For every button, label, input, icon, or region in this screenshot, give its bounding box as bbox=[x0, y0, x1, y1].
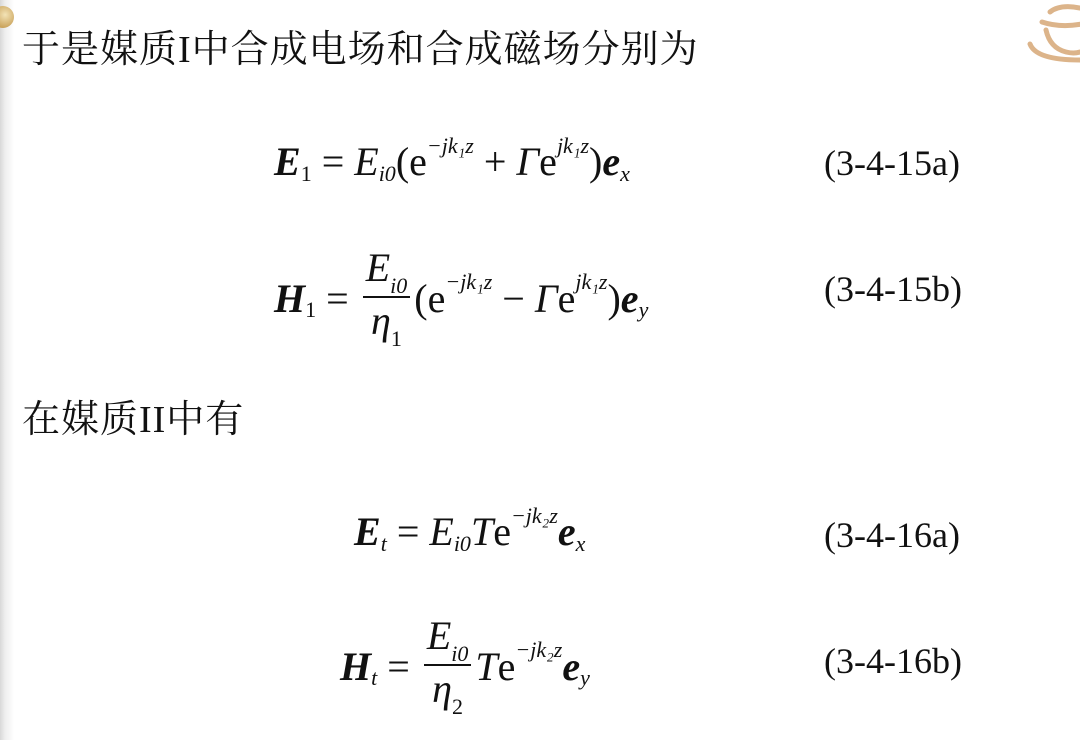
gamma-symbol: Γ bbox=[516, 138, 539, 185]
equation-3-4-16a: Et = Ei0 Te−jk₂z ex bbox=[354, 508, 585, 555]
intro-text: 于是媒质I中合成电场和合成磁场分别为 bbox=[22, 18, 699, 73]
exponent: jk₁z bbox=[557, 133, 589, 159]
exp-base: e bbox=[409, 138, 427, 185]
paren: ( bbox=[414, 275, 427, 322]
exp-base: e bbox=[539, 138, 557, 185]
equation-3-4-16b: Ht = Ei0 η2 Te−jk₂z ey bbox=[340, 614, 590, 718]
equation-3-4-15a: E1 = Ei0 (e−jk₁z + Γejk₁z) ex bbox=[274, 138, 630, 185]
left-border-decoration bbox=[0, 0, 14, 740]
eq-symbol: E bbox=[427, 613, 451, 658]
equation-number: (3-4-15b) bbox=[824, 268, 962, 310]
eq-subscript: i0 bbox=[454, 531, 471, 557]
eq-subscript: y bbox=[639, 297, 649, 323]
eq-subscript: i0 bbox=[379, 161, 396, 187]
equals-sign: = bbox=[326, 275, 349, 322]
eq-subscript: 1 bbox=[301, 161, 312, 187]
operator: − bbox=[502, 275, 525, 322]
eq-symbol: H bbox=[274, 275, 305, 322]
equals-sign: = bbox=[397, 508, 420, 555]
gamma-symbol: Γ bbox=[535, 275, 558, 322]
paren: ) bbox=[589, 138, 602, 185]
fraction: Ei0 η1 bbox=[363, 246, 411, 350]
equals-sign: = bbox=[387, 643, 410, 690]
exponent: −jk₁z bbox=[445, 269, 492, 295]
transmission-coef: T bbox=[475, 643, 497, 690]
transmission-coef: T bbox=[471, 508, 493, 555]
coffee-cup-logo-icon bbox=[1020, 0, 1080, 70]
eq-subscript: t bbox=[371, 665, 377, 691]
exp-base: e bbox=[493, 508, 511, 555]
paren: ( bbox=[396, 138, 409, 185]
equation-number: (3-4-15a) bbox=[824, 142, 960, 184]
eq-subscript: t bbox=[381, 531, 387, 557]
exponent: −jk₂z bbox=[511, 503, 558, 529]
operator: + bbox=[484, 138, 507, 185]
fraction: Ei0 η2 bbox=[424, 614, 472, 718]
eta-symbol: η bbox=[432, 666, 452, 711]
unit-vector: e bbox=[602, 138, 620, 185]
eq-symbol: E bbox=[274, 138, 301, 185]
eq-subscript: 1 bbox=[391, 326, 402, 351]
eq-symbol: E bbox=[366, 245, 390, 290]
eq-subscript: i0 bbox=[451, 641, 468, 666]
eq-subscript: 1 bbox=[305, 297, 316, 323]
exponent: −jk₂z bbox=[515, 637, 562, 663]
paren: ) bbox=[607, 275, 620, 322]
eq-symbol: E bbox=[354, 508, 381, 555]
exp-base: e bbox=[428, 275, 446, 322]
medium2-text: 在媒质II中有 bbox=[22, 388, 244, 443]
eq-symbol: E bbox=[354, 138, 378, 185]
eq-subscript: x bbox=[620, 161, 630, 187]
equation-number: (3-4-16a) bbox=[824, 514, 960, 556]
equation-3-4-15b: H1 = Ei0 η1 (e−jk₁z − Γejk₁z) ey bbox=[274, 246, 648, 350]
unit-vector: e bbox=[558, 508, 576, 555]
equals-sign: = bbox=[322, 138, 345, 185]
exponent: jk₁z bbox=[575, 269, 607, 295]
eq-subscript: x bbox=[576, 531, 586, 557]
eq-symbol: H bbox=[340, 643, 371, 690]
eq-symbol: E bbox=[429, 508, 453, 555]
exponent: −jk₁z bbox=[427, 133, 474, 159]
unit-vector: e bbox=[562, 643, 580, 690]
unit-vector: e bbox=[621, 275, 639, 322]
eq-subscript: i0 bbox=[390, 273, 407, 298]
eq-subscript: 2 bbox=[452, 694, 463, 719]
eq-subscript: y bbox=[580, 665, 590, 691]
equation-number: (3-4-16b) bbox=[824, 640, 962, 682]
eta-symbol: η bbox=[371, 298, 391, 343]
exp-base: e bbox=[498, 643, 516, 690]
exp-base: e bbox=[558, 275, 576, 322]
